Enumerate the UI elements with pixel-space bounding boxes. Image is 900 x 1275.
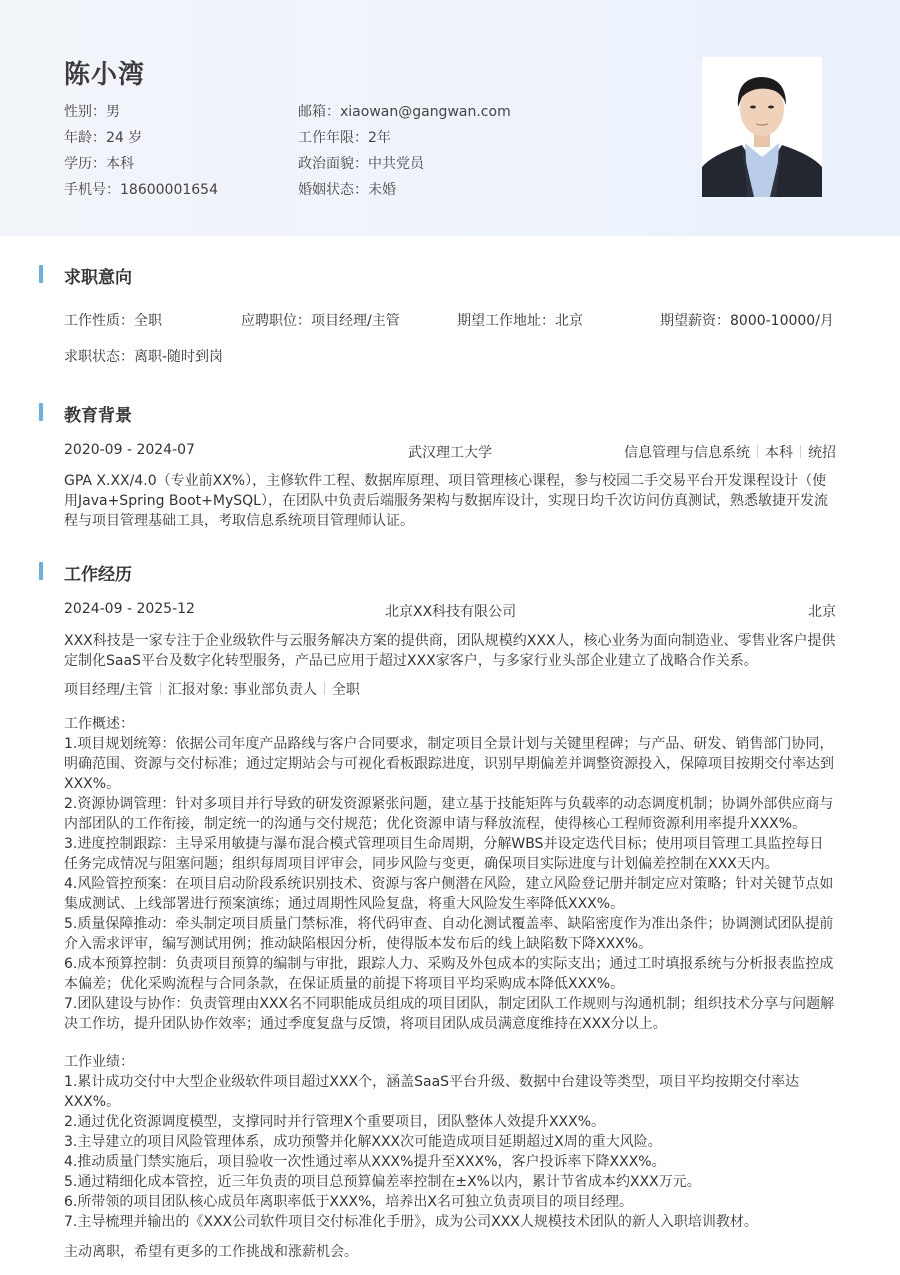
achievement-item: 2.通过优化资源调度模型，支撑同时并行管理X个重要项目，团队整体人效提升XXX%…: [64, 1112, 836, 1132]
intent-salary: 期望薪资：8000-10000/月: [660, 310, 834, 330]
info-political-status: 政治面貌：中共党员: [298, 153, 424, 173]
info-age: 年龄：24 岁: [64, 127, 142, 147]
work-achievements: 工作业绩： 1.累计成功交付中大型企业级软件项目超过XXX个，涵盖SaaS平台升…: [64, 1052, 836, 1232]
achievement-item: 7.主导梳理并输出的《XXX公司软件项目交付标准化手册》，成为公司XXX人规模技…: [64, 1212, 836, 1232]
section-accent-bar: [39, 265, 43, 283]
intent-position: 应聘职位：项目经理/主管: [241, 310, 400, 330]
portrait-icon: [702, 57, 822, 197]
overview-item: 3.进度控制跟踪：主导采用敏捷与瀑布混合模式管理项目生命周期，分解WBS并设定迭…: [64, 834, 836, 874]
overview-title: 工作概述：: [64, 714, 836, 734]
intent-job-type: 工作性质：全职: [64, 310, 162, 330]
work-overview: 工作概述： 1.项目规划统筹：依据公司年度产品路线与客户合同要求，制定项目全景计…: [64, 714, 836, 1034]
work-period: 2024-09 - 2025-12: [64, 601, 195, 617]
achievement-item: 5.通过精细化成本管控，近三年负责的项目总预算偏差率控制在±X%以内，累计节省成…: [64, 1172, 836, 1192]
work-position: 项目经理/主管: [64, 682, 153, 698]
info-gender: 性别：男: [64, 101, 120, 121]
achievement-item: 3.主导建立的项目风险管理体系，成功预警并化解XXX次可能造成项目延期超过X周的…: [64, 1132, 836, 1152]
overview-item: 6.成本预算控制：负责项目预算的编制与审批，跟踪人力、采购及外包成本的实际支出；…: [64, 954, 836, 994]
candidate-name: 陈小湾: [64, 54, 145, 91]
section-accent-bar: [39, 562, 43, 580]
education-degree: 本科: [765, 445, 793, 461]
achievement-item: 4.推动质量门禁实施后，项目验收一次性通过率从XXX%提升至XXX%，客户投诉率…: [64, 1152, 836, 1172]
education-type: 统招: [808, 445, 836, 461]
leave-reason: 主动离职，希望有更多的工作挑战和涨薪机会。: [64, 1241, 358, 1261]
education-school: 武汉理工大学: [408, 442, 492, 462]
section-title-work: 工作经历: [64, 560, 132, 585]
divider: [757, 445, 758, 458]
section-title-education: 教育背景: [64, 401, 132, 426]
education-meta: 信息管理与信息系统本科统招: [624, 442, 836, 462]
education-major: 信息管理与信息系统: [624, 445, 750, 461]
divider: [324, 682, 325, 695]
company-intro: XXX科技是一家专注于企业级软件与云服务解决方案的提供商，团队规模约XXX人，核…: [64, 631, 836, 671]
overview-item: 1.项目规划统筹：依据公司年度产品路线与客户合同要求，制定项目全景计划与关键里程…: [64, 734, 836, 794]
education-description: GPA X.XX/4.0（专业前XX%），主修软件工程、数据库原理、项目管理核心…: [64, 471, 836, 531]
work-company: 北京XX科技有限公司: [385, 601, 516, 621]
overview-item: 4.风险管控预案：在项目启动阶段系统识别技术、资源与客户侧潜在风险，建立风险登记…: [64, 874, 836, 914]
divider: [160, 682, 161, 695]
section-title-intent: 求职意向: [64, 263, 132, 288]
info-email: 邮箱：xiaowan@gangwan.com: [298, 101, 511, 121]
achievements-title: 工作业绩：: [64, 1052, 836, 1072]
overview-item: 2.资源协调管理：针对多项目并行导致的研发资源紧张问题，建立基于技能矩阵与负载率…: [64, 794, 836, 834]
education-period: 2020-09 - 2024-07: [64, 442, 195, 458]
info-education: 学历：本科: [64, 153, 134, 173]
achievement-item: 1.累计成功交付中大型企业级软件项目超过XXX个，涵盖SaaS平台升级、数据中台…: [64, 1072, 836, 1112]
divider: [800, 445, 801, 458]
achievement-item: 6.所带领的项目团队核心成员年离职率低于XXX%，培养出X名可独立负责项目的项目…: [64, 1192, 836, 1212]
profile-photo: [702, 57, 822, 197]
info-phone: 手机号：18600001654: [64, 179, 218, 199]
overview-item: 5.质量保障推动：牵头制定项目质量门禁标准，将代码审查、自动化测试覆盖率、缺陷密…: [64, 914, 836, 954]
info-work-years: 工作年限：2年: [298, 127, 391, 147]
work-meta: 项目经理/主管汇报对象: 事业部负责人全职: [64, 679, 360, 699]
intent-location: 期望工作地址：北京: [457, 310, 583, 330]
work-report-to: 汇报对象: 事业部负责人: [168, 682, 317, 698]
section-accent-bar: [39, 403, 43, 421]
resume-header: 陈小湾 性别：男 年龄：24 岁 学历：本科 手机号：18600001654 邮…: [0, 0, 900, 236]
work-job-type: 全职: [332, 682, 360, 698]
overview-item: 7.团队建设与协作：负责管理由XXX名不同职能成员组成的项目团队，制定团队工作规…: [64, 994, 836, 1034]
info-marital-status: 婚姻状态：未婚: [298, 179, 396, 199]
work-city: 北京: [808, 601, 836, 621]
intent-status: 求职状态：离职-随时到岗: [64, 346, 223, 366]
